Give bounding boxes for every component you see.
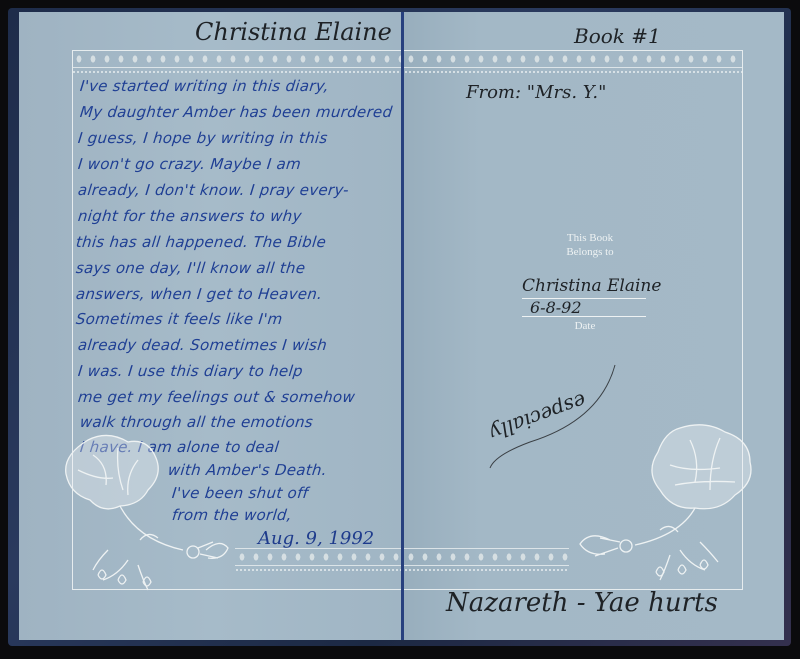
diary-line: I won't go crazy. Maybe I am <box>77 155 302 173</box>
diary-line: this has all happened. The Bible <box>75 233 327 251</box>
diary-line: I guess, I hope by writing in this <box>77 129 329 147</box>
diary-line: answers, when I get to Heaven. <box>75 285 323 303</box>
left-top-dotted-rule <box>72 70 402 74</box>
diary-line: My daughter Amber has been murdered <box>79 103 393 121</box>
left-top-border-band <box>72 50 402 68</box>
footer-signature: Nazareth - Yae hurts <box>446 588 718 618</box>
diary-line: already, I don't know. I pray every- <box>77 181 350 199</box>
right-bottom-border-band <box>404 548 569 566</box>
right-top-dotted-rule <box>404 70 743 74</box>
book-number: Book #1 <box>574 24 661 48</box>
printed-belongs-to: Belongs to <box>545 246 635 258</box>
printed-this-book: This Book <box>545 232 635 244</box>
diary-line: I've started writing in this diary, <box>79 77 330 95</box>
diary-line: already dead. Sometimes I wish <box>77 336 328 354</box>
left-bottom-dotted-rule <box>235 568 402 572</box>
owner-name: Christina Elaine <box>522 276 661 296</box>
left-bottom-border-band <box>235 548 402 566</box>
diary-line: night for the answers to why <box>77 207 303 225</box>
left-flower-illustration <box>48 430 248 600</box>
diary-line: says one day, I'll know all the <box>75 259 306 277</box>
owner-date-rule <box>522 316 646 317</box>
diary-line: me get my feelings out & somehow <box>77 388 356 406</box>
printed-date-label: Date <box>555 320 615 332</box>
diary-line: Sometimes it feels like I'm <box>75 310 283 328</box>
right-top-border-band <box>404 50 743 68</box>
left-header-signature: Christina Elaine <box>195 18 392 46</box>
right-flower-illustration <box>560 420 780 590</box>
diary-line: walk through all the emotions <box>79 413 314 431</box>
owner-date: 6-8-92 <box>530 298 582 317</box>
right-bottom-dotted-rule <box>404 568 569 572</box>
diary-line: I was. I use this diary to help <box>77 362 304 380</box>
from-line: From: "Mrs. Y." <box>466 82 606 103</box>
diary-date: Aug. 9, 1992 <box>258 528 374 549</box>
